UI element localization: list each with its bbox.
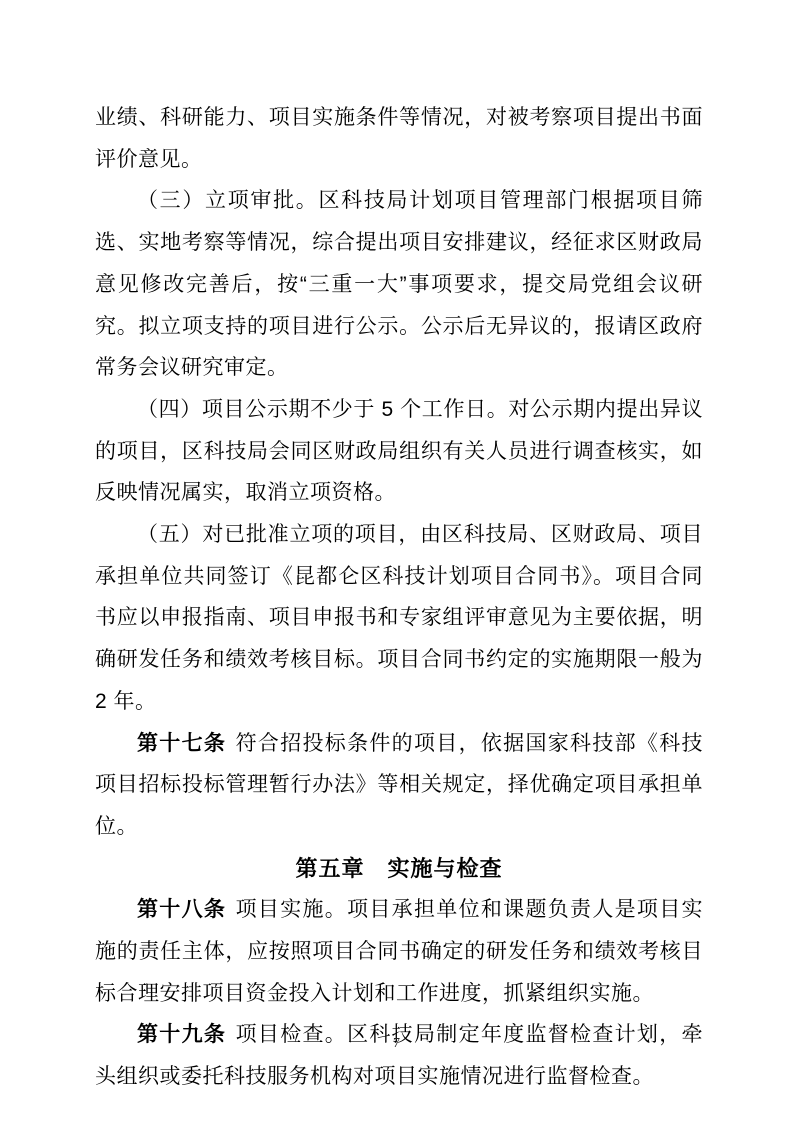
article-17-number: 第十七条	[137, 732, 226, 755]
paragraph-article-18: 第十八条项目实施。项目承担单位和课题负责人是项目实施的责任主体，应按照项目合同书…	[95, 889, 703, 1014]
paragraph-article-19: 第十九条项目检查。区科技局制定年度监督检查计划，牵头组织或委托科技服务机构对项目…	[95, 1014, 703, 1097]
document-body: 业绩、科研能力、项目实施条件等情况，对被考察项目提出书面评价意见。 （三）立项审…	[95, 97, 703, 1098]
paragraph-article-17: 第十七条符合招投标条件的项目，依据国家科技部《科技项目招标投标管理暂行办法》等相…	[95, 723, 703, 848]
paragraph-item-5: （五）对已批准立项的项目，由区科技局、区财政局、项目承担单位共同签订《昆都仑区科…	[95, 514, 703, 723]
article-18-number: 第十八条	[137, 898, 226, 921]
paragraph-item-3: （三）立项审批。区科技局计划项目管理部门根据项目筛选、实地考察等情况，综合提出项…	[95, 180, 703, 389]
document-page: 业绩、科研能力、项目实施条件等情况，对被考察项目提出书面评价意见。 （三）立项审…	[0, 0, 793, 1122]
page-number: 7	[0, 1036, 793, 1052]
chapter-heading: 第五章 实施与检查	[95, 848, 703, 890]
paragraph-item-4: （四）项目公示期不少于 5 个工作日。对公示期内提出异议的项目，区科技局会同区财…	[95, 389, 703, 514]
paragraph-continuation: 业绩、科研能力、项目实施条件等情况，对被考察项目提出书面评价意见。	[95, 97, 703, 180]
